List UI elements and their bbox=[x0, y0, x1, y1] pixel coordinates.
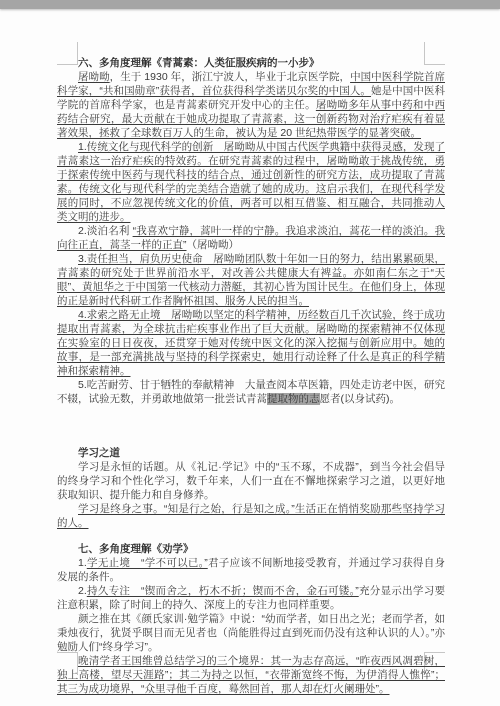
text-run: （屠呦呦） bbox=[187, 239, 240, 251]
paragraph: 晚清学者王国维曾总结学习的三个境界：其一为志存高远，“昨夜西风凋碧树，独上高楼，… bbox=[57, 654, 445, 696]
page-top-margin-band bbox=[0, 0, 500, 9]
section-heading: 七、多角度理解《劝学》 bbox=[57, 542, 445, 556]
text-run: 1. bbox=[78, 557, 87, 569]
section-heading: 学习之道 bbox=[57, 446, 445, 460]
document-body: 六、多角度理解《青蒿素：人类征服疾病的一小步》屠呦呦，生于 1930 年，浙江宁… bbox=[57, 56, 445, 696]
text-run: 4.求索之路无止境 屠呦呦以坚定的科学精神，历经数百几千次试验，终于成功提取出青… bbox=[57, 309, 445, 377]
text-selection-highlight: 提取物的志 bbox=[267, 393, 320, 405]
text-run: 持久专注 “锲而舍之，朽木不折；锲而不舍，金石可镂。” bbox=[87, 585, 359, 597]
text-run: 晚清学者王国维曾总结学习的三个境界：其一为志存高远，“昨夜西风凋碧树，独上高楼，… bbox=[57, 655, 445, 695]
text-run: 学习是永恒的话题。从《礼记·学记》中的“玉不琢，不成器”，到当今社会倡导的终身学… bbox=[57, 461, 445, 501]
paragraph: 4.求索之路无止境 屠呦呦以坚定的科学精神，历经数百几千次试验，终于成功提取出青… bbox=[57, 308, 445, 378]
text-run: 学习是终身之事。“知是行之始，行是知之成。”生活正在悄悄奖励那些坚持学习的人。 bbox=[57, 503, 445, 529]
section-gap bbox=[57, 406, 445, 446]
text-run: ，生于 1930 年，浙江宁波人，毕业于北京医学院， bbox=[110, 71, 350, 83]
text-run: 3.责任担当，肩负历史使命 屠呦呦团队数十年如一日的努力，结出累累硕果，青蒿素的… bbox=[57, 253, 445, 307]
word-document-page: 六、多角度理解《青蒿素：人类征服疾病的一小步》屠呦呦，生于 1930 年，浙江宁… bbox=[0, 0, 500, 706]
text-run: 颜之推在其《颜氏家训·勉学篇》中说：“幼而学者，如日出之光；老而学者，如秉烛夜行… bbox=[57, 613, 445, 653]
paragraph: 屠呦呦，生于 1930 年，浙江宁波人，毕业于北京医学院，中国中医科学院首席科学… bbox=[57, 70, 445, 140]
section-heading: 六、多角度理解《青蒿素：人类征服疾病的一小步》 bbox=[57, 56, 445, 70]
paragraph: 5.吃苦耐劳、甘于牺牲的奉献精神 大量查阅本草医籍，四处走访老中医，研究不辍，试… bbox=[57, 378, 445, 406]
text-run: 2.淡泊名利 bbox=[78, 225, 133, 237]
paragraph: 1.学无止境 “学不可以已。”君子应该不间断地接受教育，并通过学习获得自身发展的… bbox=[57, 556, 445, 584]
paragraph: 3.责任担当，肩负历史使命 屠呦呦团队数十年如一日的努力，结出累累硕果，青蒿素的… bbox=[57, 252, 445, 308]
text-run: 学无止境 “学不可以已。” bbox=[87, 557, 208, 569]
section-gap bbox=[57, 530, 445, 542]
paragraph: 学习是终身之事。“知是行之始，行是知之成。”生活正在悄悄奖励那些坚持学习的人。 bbox=[57, 502, 445, 530]
paragraph: 学习是永恒的话题。从《礼记·学记》中的“玉不琢，不成器”，到当今社会倡导的终身学… bbox=[57, 460, 445, 502]
text-run: 1.传统文化与现代科学的创新 屠呦呦从中国古代医学典籍中获得灵感，发现了青蒿素这… bbox=[57, 141, 445, 223]
text-run: 屠呦呦 bbox=[78, 71, 110, 83]
paragraph: 1.传统文化与现代科学的创新 屠呦呦从中国古代医学典籍中获得灵感，发现了青蒿素这… bbox=[57, 140, 445, 224]
paragraph: 颜之推在其《颜氏家训·勉学篇》中说：“幼而学者，如日出之光；老而学者，如秉烛夜行… bbox=[57, 612, 445, 654]
text-run: 2. bbox=[78, 585, 87, 597]
paragraph: 2.淡泊名利 “我喜欢宁静，蒿叶一样的宁静。我追求淡泊，蒿花一样的淡泊。我向往正… bbox=[57, 224, 445, 252]
text-run: 愿者(以身试药)。 bbox=[320, 393, 401, 405]
paragraph: 2.持久专注 “锲而舍之，朽木不折；锲而不舍，金石可镂。”充分显示出学习要注意积… bbox=[57, 584, 445, 612]
